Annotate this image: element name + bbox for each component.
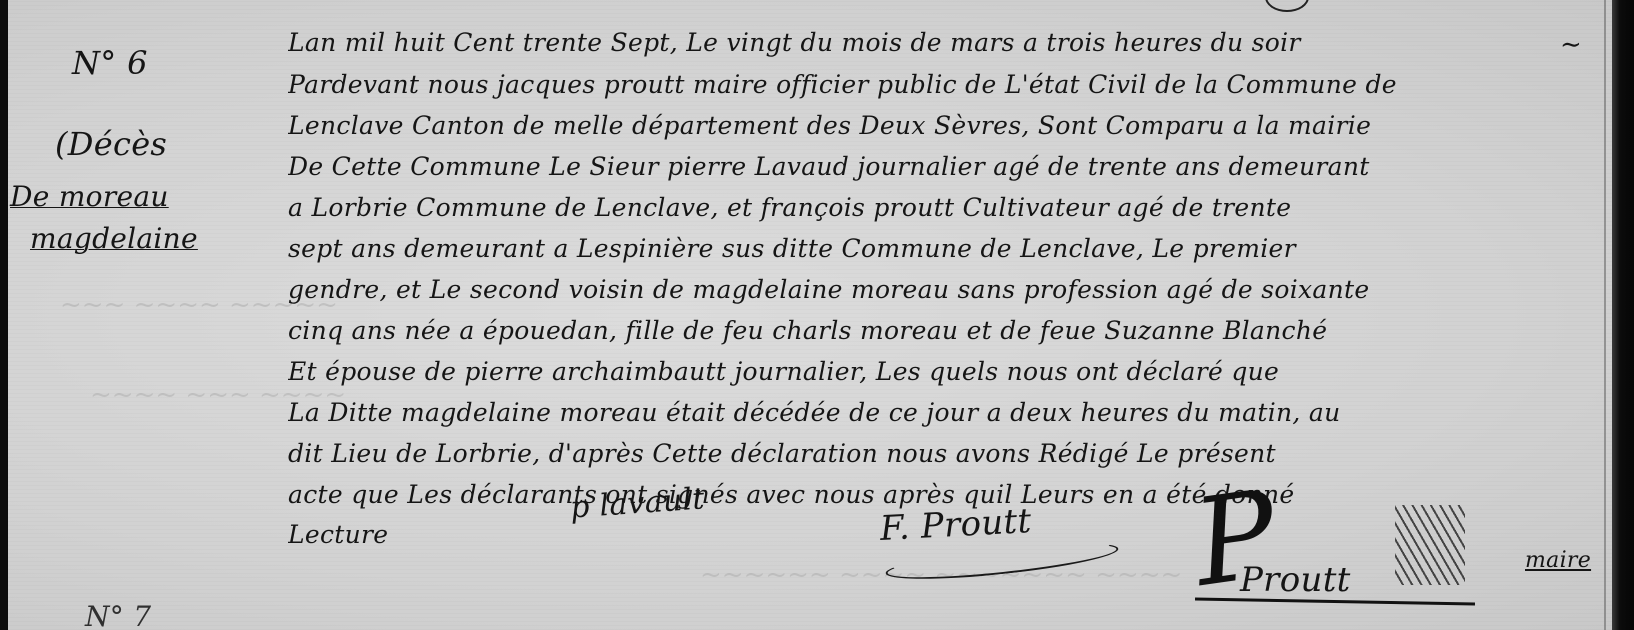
folio-mark bbox=[1265, 0, 1309, 12]
record-line: dit Lieu de Lorbrie, d'après Cette décla… bbox=[288, 439, 1528, 468]
record-line: Lan mil huit Cent trente Sept, Le vingt … bbox=[288, 28, 1528, 57]
record-line: sept ans demeurant a Lespinière sus ditt… bbox=[288, 234, 1528, 263]
subject-given-name: magdelaine bbox=[30, 222, 198, 255]
signature-mayor: Proutt bbox=[1240, 560, 1351, 600]
signature-declarant-proutt: F. Proutt bbox=[879, 501, 1032, 549]
page-margin-rule bbox=[1604, 0, 1606, 630]
record-line: De Cette Commune Le Sieur pierre Lavaud … bbox=[288, 152, 1528, 181]
record-line: a Lorbrie Commune de Lenclave, et franço… bbox=[288, 193, 1528, 222]
record-type-label: (Décès bbox=[55, 125, 167, 163]
page-binding-edge bbox=[1612, 0, 1634, 630]
entry-number: N° 6 bbox=[72, 44, 148, 82]
record-line: Lenclave Canton de melle département des… bbox=[288, 111, 1528, 140]
record-line: gendre, et Le second voisin de magdelain… bbox=[288, 275, 1528, 304]
next-entry-number: N° 7 bbox=[85, 600, 151, 630]
record-line: Pardevant nous jacques proutt maire offi… bbox=[288, 70, 1528, 99]
record-line: cinq ans née a épouedan, fille de feu ch… bbox=[288, 316, 1528, 345]
record-line: acte que Les déclarants ont signés avec … bbox=[288, 480, 1528, 509]
line-end-flourish: ∼ bbox=[1560, 30, 1582, 60]
mayor-title: maire bbox=[1525, 548, 1591, 573]
page-left-border bbox=[0, 0, 8, 630]
subject-surname: De moreau bbox=[10, 180, 169, 213]
mayor-signature-paraph bbox=[1395, 505, 1465, 585]
record-line: Et épouse de pierre archaimbautt journal… bbox=[288, 357, 1528, 386]
record-line: La Ditte magdelaine moreau était décédée… bbox=[288, 398, 1528, 427]
register-page: ~~~ ~~~~ ~~~~~ ~~~~ ~~~ ~~~~ ~~~~~~ ~~~~… bbox=[0, 0, 1634, 630]
